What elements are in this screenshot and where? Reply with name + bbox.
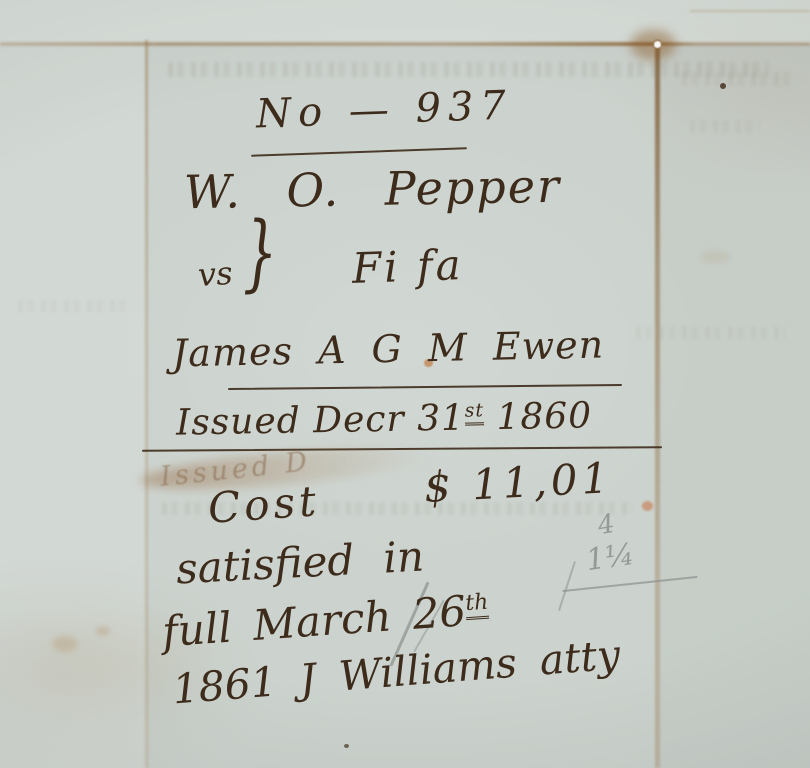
curly-brace: }: [243, 211, 277, 295]
fold-panel-top: [0, 0, 810, 43]
foxing-stain: [700, 250, 730, 264]
foxing-stain: [52, 636, 78, 652]
bleed-through-text-band: [682, 72, 797, 86]
issued-date-line: Issued Decr 31st 1860: [176, 398, 593, 441]
bleed-through-text-band: [690, 120, 760, 133]
versus-label: vs: [197, 257, 234, 291]
defendant-name: James A G M Ewen: [172, 325, 605, 372]
fold-panel-right: [660, 43, 810, 768]
cost-amount: $ 11,01: [423, 457, 613, 509]
bleed-through-text-band: [168, 62, 768, 77]
horizontal-fold-crease: [0, 42, 810, 46]
foxing-stain: [96, 626, 110, 636]
issued-date-year: 1860: [496, 395, 592, 438]
right-vertical-fold-crease: [655, 40, 660, 768]
bleed-through-text-band: [18, 300, 128, 312]
issued-date-text: Issued Decr 31: [176, 398, 466, 444]
case-number-underline: [251, 147, 467, 157]
bleed-through-text-band: [636, 326, 786, 339]
ink-fleck: [720, 83, 726, 89]
rust-spot: [642, 501, 653, 511]
paper-hole-speck: [654, 41, 661, 48]
issued-date-ordinal: st: [465, 400, 485, 425]
left-vertical-fold-crease: [145, 40, 148, 768]
pencil-figure: 4: [596, 509, 618, 541]
writ-type-fifa: Fi fa: [351, 244, 464, 290]
fold-panel-left: [0, 43, 147, 768]
crease-intersection-stain: [630, 30, 676, 60]
ink-fleck: [344, 744, 349, 748]
top-right-edge-crease: [690, 10, 810, 12]
plaintiff-name: W. O. Pepper: [184, 163, 562, 216]
satisfaction-note-line1: satisfied in: [175, 536, 425, 591]
cost-label: Cost: [207, 480, 322, 530]
pencil-figure: 1¼: [584, 537, 637, 578]
pencil-diagonal-stroke: [558, 561, 576, 611]
satisfaction-date-ordinal: th: [465, 590, 490, 621]
defendant-underline: [228, 384, 622, 390]
document-scan: No — 937 W. O. Pepper vs } Fi fa James A…: [0, 0, 810, 768]
pencil-underline-stroke: [562, 576, 697, 592]
case-number: No — 937: [255, 86, 513, 135]
